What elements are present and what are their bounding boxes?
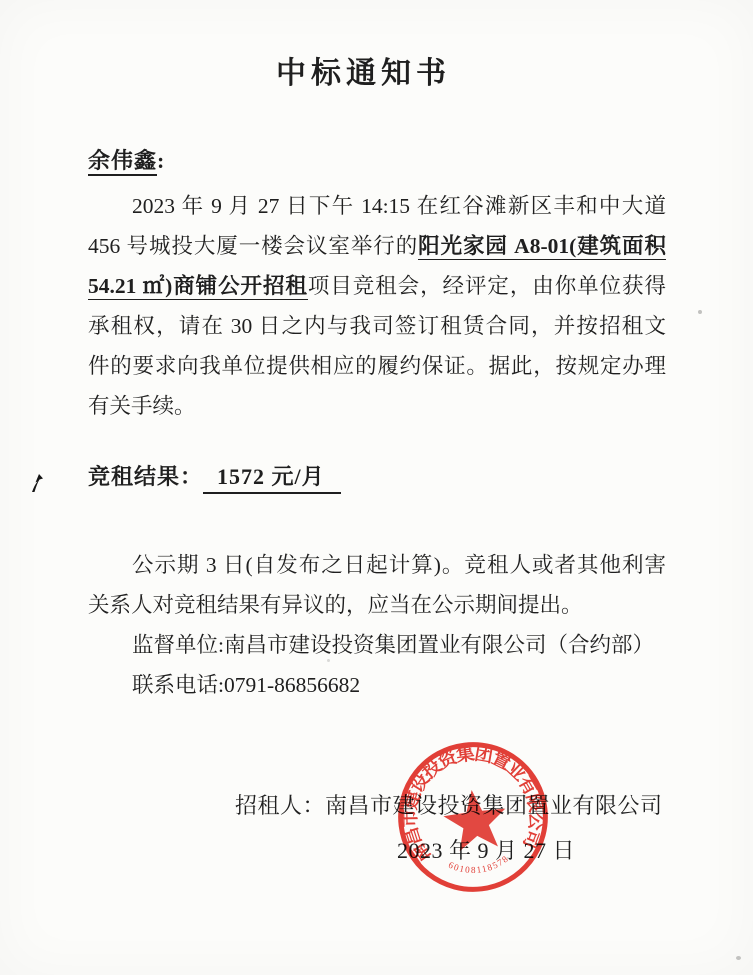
bid-result-label: 竞租结果：: [88, 464, 203, 489]
body-line: 有关手续。: [88, 386, 666, 426]
body-line: 公示期 3 日(自发布之日起计算)。竞租人或者其他利害: [88, 545, 666, 585]
ink-mark: [30, 470, 48, 494]
company-seal-stamp: 南昌市建设投资集团置业有限公司 3601081185780: [391, 735, 555, 899]
project-name-emphasis: 54.21 ㎡)商铺公开招租: [88, 274, 308, 300]
notice-paragraph: 公示期 3 日(自发布之日起计算)。竞租人或者其他利害 关系人对竞租结果有异议的…: [88, 545, 666, 705]
document-page: 中标通知书 余伟鑫: 2023 年 9 月 27 日下午 14:15 在红谷滩新…: [0, 0, 753, 975]
main-paragraph: 2023 年 9 月 27 日下午 14:15 在红谷滩新区丰和中大道 456 …: [88, 186, 666, 426]
page-title: 中标通知书: [0, 48, 727, 92]
star-icon: [441, 786, 510, 852]
body-line: 件的要求向我单位提供相应的履约保证。据此，按规定办理: [88, 346, 666, 386]
recipient-name: 余伟鑫: [88, 148, 157, 176]
bid-result-value: 1572 元/月: [203, 464, 341, 494]
bid-result-line: 竞租结果：1572 元/月: [88, 460, 341, 491]
body-line: 456 号城投大厦一楼会议室举行的阳光家园 A8-01(建筑面积: [88, 226, 666, 266]
recipient-line: 余伟鑫:: [88, 144, 165, 175]
supervisor-line: 监督单位:南昌市建设投资集团置业有限公司（合约部）: [88, 625, 666, 665]
body-line: 承租权，请在 30 日之内与我司签订租赁合同，并按招租文: [88, 306, 666, 346]
scan-speck: [736, 956, 741, 960]
project-name-emphasis: 阳光家园 A8-01(建筑面积: [418, 234, 666, 260]
body-line: 54.21 ㎡)商铺公开招租项目竞租会，经评定，由你单位获得: [88, 266, 666, 306]
scan-speck: [327, 659, 330, 662]
body-line: 关系人对竞租结果有异议的，应当在公示期间提出。: [88, 585, 666, 625]
body-line: 2023 年 9 月 27 日下午 14:15 在红谷滩新区丰和中大道: [88, 186, 666, 226]
recipient-colon: :: [157, 148, 165, 173]
scan-speck: [698, 310, 702, 314]
phone-line: 联系电话:0791-86856682: [88, 665, 666, 705]
